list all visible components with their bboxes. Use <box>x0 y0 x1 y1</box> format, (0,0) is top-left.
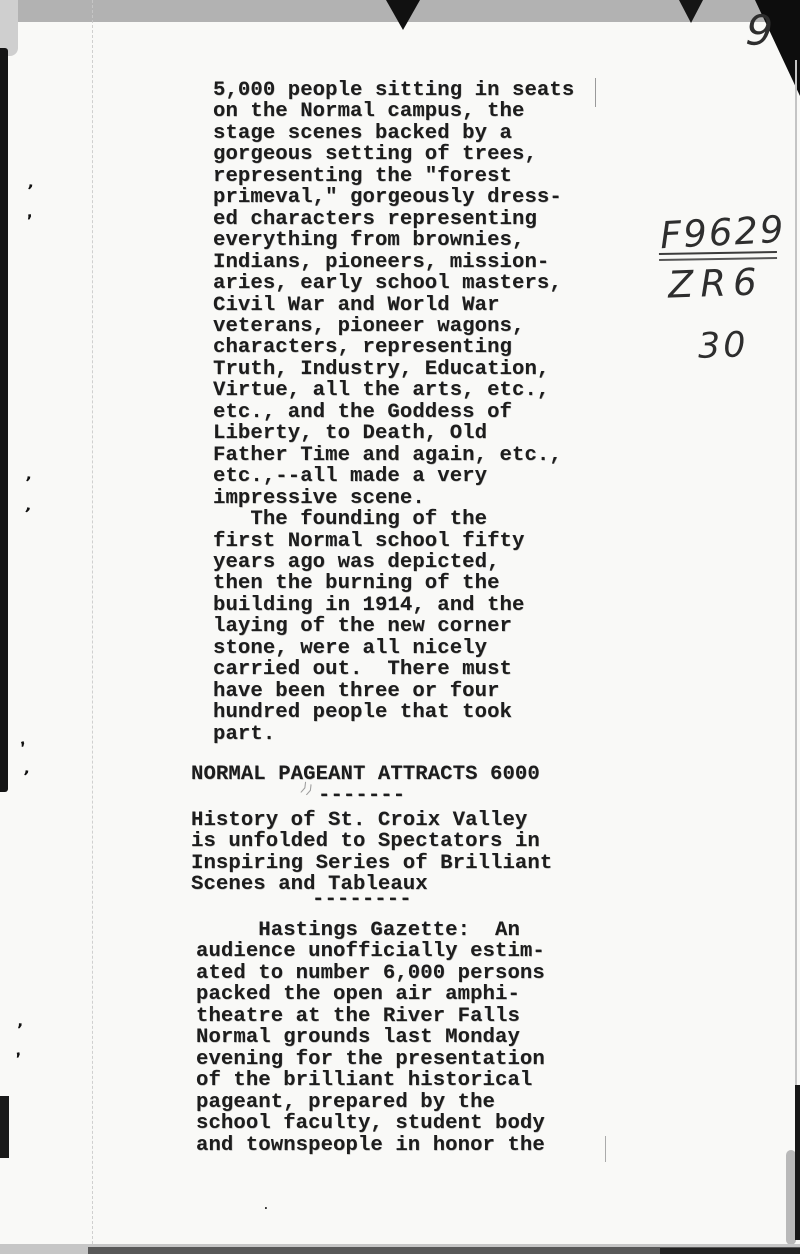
article2-subhead: History of St. Croix Valley is unfolded … <box>191 810 552 896</box>
torn-corner-mark-left <box>386 0 420 30</box>
dashed-rule-1: ------- <box>318 785 405 806</box>
film-edge-left-lower <box>0 1096 9 1158</box>
scanned-document-page: 9 F9629 ZR6 30 5,000 people sitting in s… <box>0 0 800 1254</box>
column-rule-fragment-top <box>595 78 596 107</box>
article2-body: Hastings Gazette: An audience unofficial… <box>196 920 545 1156</box>
handwritten-sheet-number: 30 <box>697 325 749 367</box>
ink-speck: ’ <box>24 473 33 493</box>
column-rule-fragment-bottom <box>605 1136 606 1162</box>
film-edge-bottom-black <box>660 1248 800 1254</box>
ink-speck: ’ <box>14 1049 23 1069</box>
ink-speck: ’ <box>17 1020 24 1039</box>
ink-dot: . <box>262 1198 270 1213</box>
scan-edge-right <box>795 60 797 1240</box>
ink-speck: ’ <box>22 504 32 524</box>
ink-speck: ’ <box>26 211 34 231</box>
handwritten-code: ZR6 <box>667 260 764 306</box>
torn-corner-mark-right <box>679 0 703 23</box>
film-edge-left-upper <box>0 48 8 792</box>
handwritten-page-number: 9 <box>744 5 774 56</box>
handwritten-call-number: F9629 <box>659 208 787 258</box>
dashed-rule-2: -------- <box>312 889 412 910</box>
ink-speck: ’ <box>26 181 35 201</box>
article2-headline: NORMAL PAGEANT ATTRACTS 6000 <box>191 764 540 785</box>
article1-body: 5,000 people sitting in seats on the Nor… <box>213 80 574 745</box>
ink-speck: ’ <box>22 767 31 787</box>
ink-speck: ’ <box>18 738 30 758</box>
page-fold-line <box>92 0 93 1254</box>
film-edge-right-lower <box>795 1085 800 1240</box>
